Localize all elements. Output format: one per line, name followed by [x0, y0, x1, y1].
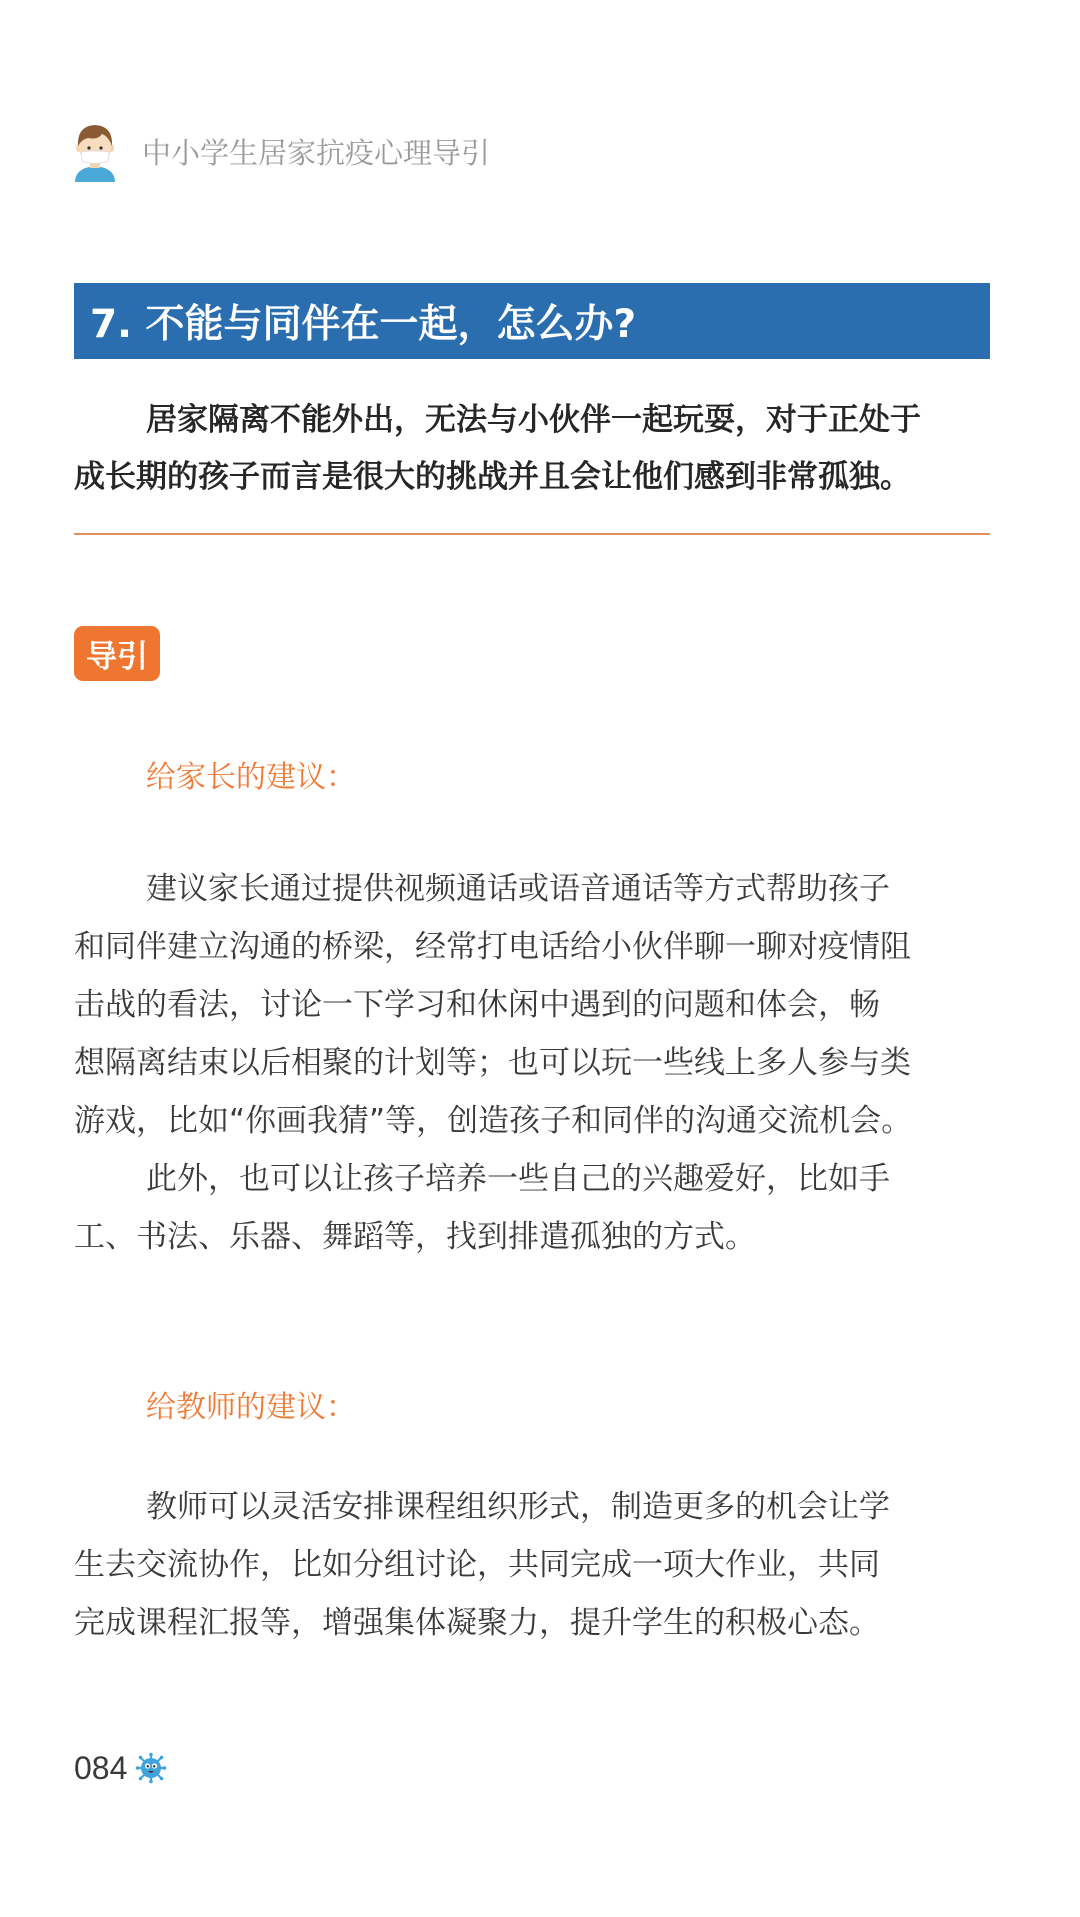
teachers-advice-paragraph: 教师可以灵活安排课程组织形式，制造更多的机会让学 生去交流协作，比如分组讨论，共… — [74, 1478, 1014, 1652]
paragraph-line: 此外，也可以让孩子培养一些自己的兴趣爱好，比如手 — [74, 1150, 1014, 1208]
page-footer: 084 — [74, 1748, 167, 1788]
book-title: 中小学生居家抗疫心理导引 — [142, 131, 490, 172]
parents-advice-paragraph: 建议家长通过提供视频通话或语音通话等方式帮助孩子 和同伴建立沟通的桥梁，经常打电… — [74, 860, 1014, 1266]
intro-paragraph: 居家隔离不能外出，无法与小伙伴一起玩耍，对于正处于 成长期的孩子而言是很大的挑战… — [74, 392, 1004, 506]
teachers-heading: 给教师的建议： — [146, 1382, 356, 1426]
paragraph-line: 想隔离结束以后相聚的计划等；也可以玩一些线上多人参与类 — [74, 1034, 1014, 1092]
paragraph-line: 工、书法、乐器、舞蹈等，找到排遣孤独的方式。 — [74, 1208, 1014, 1266]
paragraph-line: 击战的看法，讨论一下学习和休闲中遇到的问题和体会，畅 — [74, 976, 1014, 1034]
paragraph-line: 教师可以灵活安排课程组织形式，制造更多的机会让学 — [74, 1478, 1014, 1536]
page-header: 中小学生居家抗疫心理导引 — [72, 120, 490, 182]
section-divider — [74, 533, 990, 535]
virus-mascot-icon — [135, 1752, 167, 1784]
parents-heading: 给家长的建议： — [146, 752, 356, 796]
paragraph-line: 和同伴建立沟通的桥梁，经常打电话给小伙伴聊一聊对疫情阻 — [74, 918, 1014, 976]
masked-child-avatar-icon — [72, 120, 118, 182]
paragraph-line: 建议家长通过提供视频通话或语音通话等方式帮助孩子 — [74, 860, 1014, 918]
page-number: 084 — [74, 1750, 127, 1787]
intro-line: 居家隔离不能外出，无法与小伙伴一起玩耍，对于正处于 — [74, 392, 1004, 449]
guide-tag-label: 导引 — [86, 631, 148, 676]
section-title: 7. 不能与同伴在一起，怎么办? — [90, 293, 636, 349]
paragraph-line: 生去交流协作，比如分组讨论，共同完成一项大作业，共同 — [74, 1536, 1014, 1594]
paragraph-line: 完成课程汇报等，增强集体凝聚力，提升学生的积极心态。 — [74, 1594, 1014, 1652]
guide-tag: 导引 — [74, 626, 160, 681]
paragraph-line: 游戏，比如“你画我猜”等，创造孩子和同伴的沟通交流机会。 — [74, 1092, 1014, 1150]
section-title-bar: 7. 不能与同伴在一起，怎么办? — [74, 283, 990, 359]
intro-line: 成长期的孩子而言是很大的挑战并且会让他们感到非常孤独。 — [74, 449, 1004, 506]
